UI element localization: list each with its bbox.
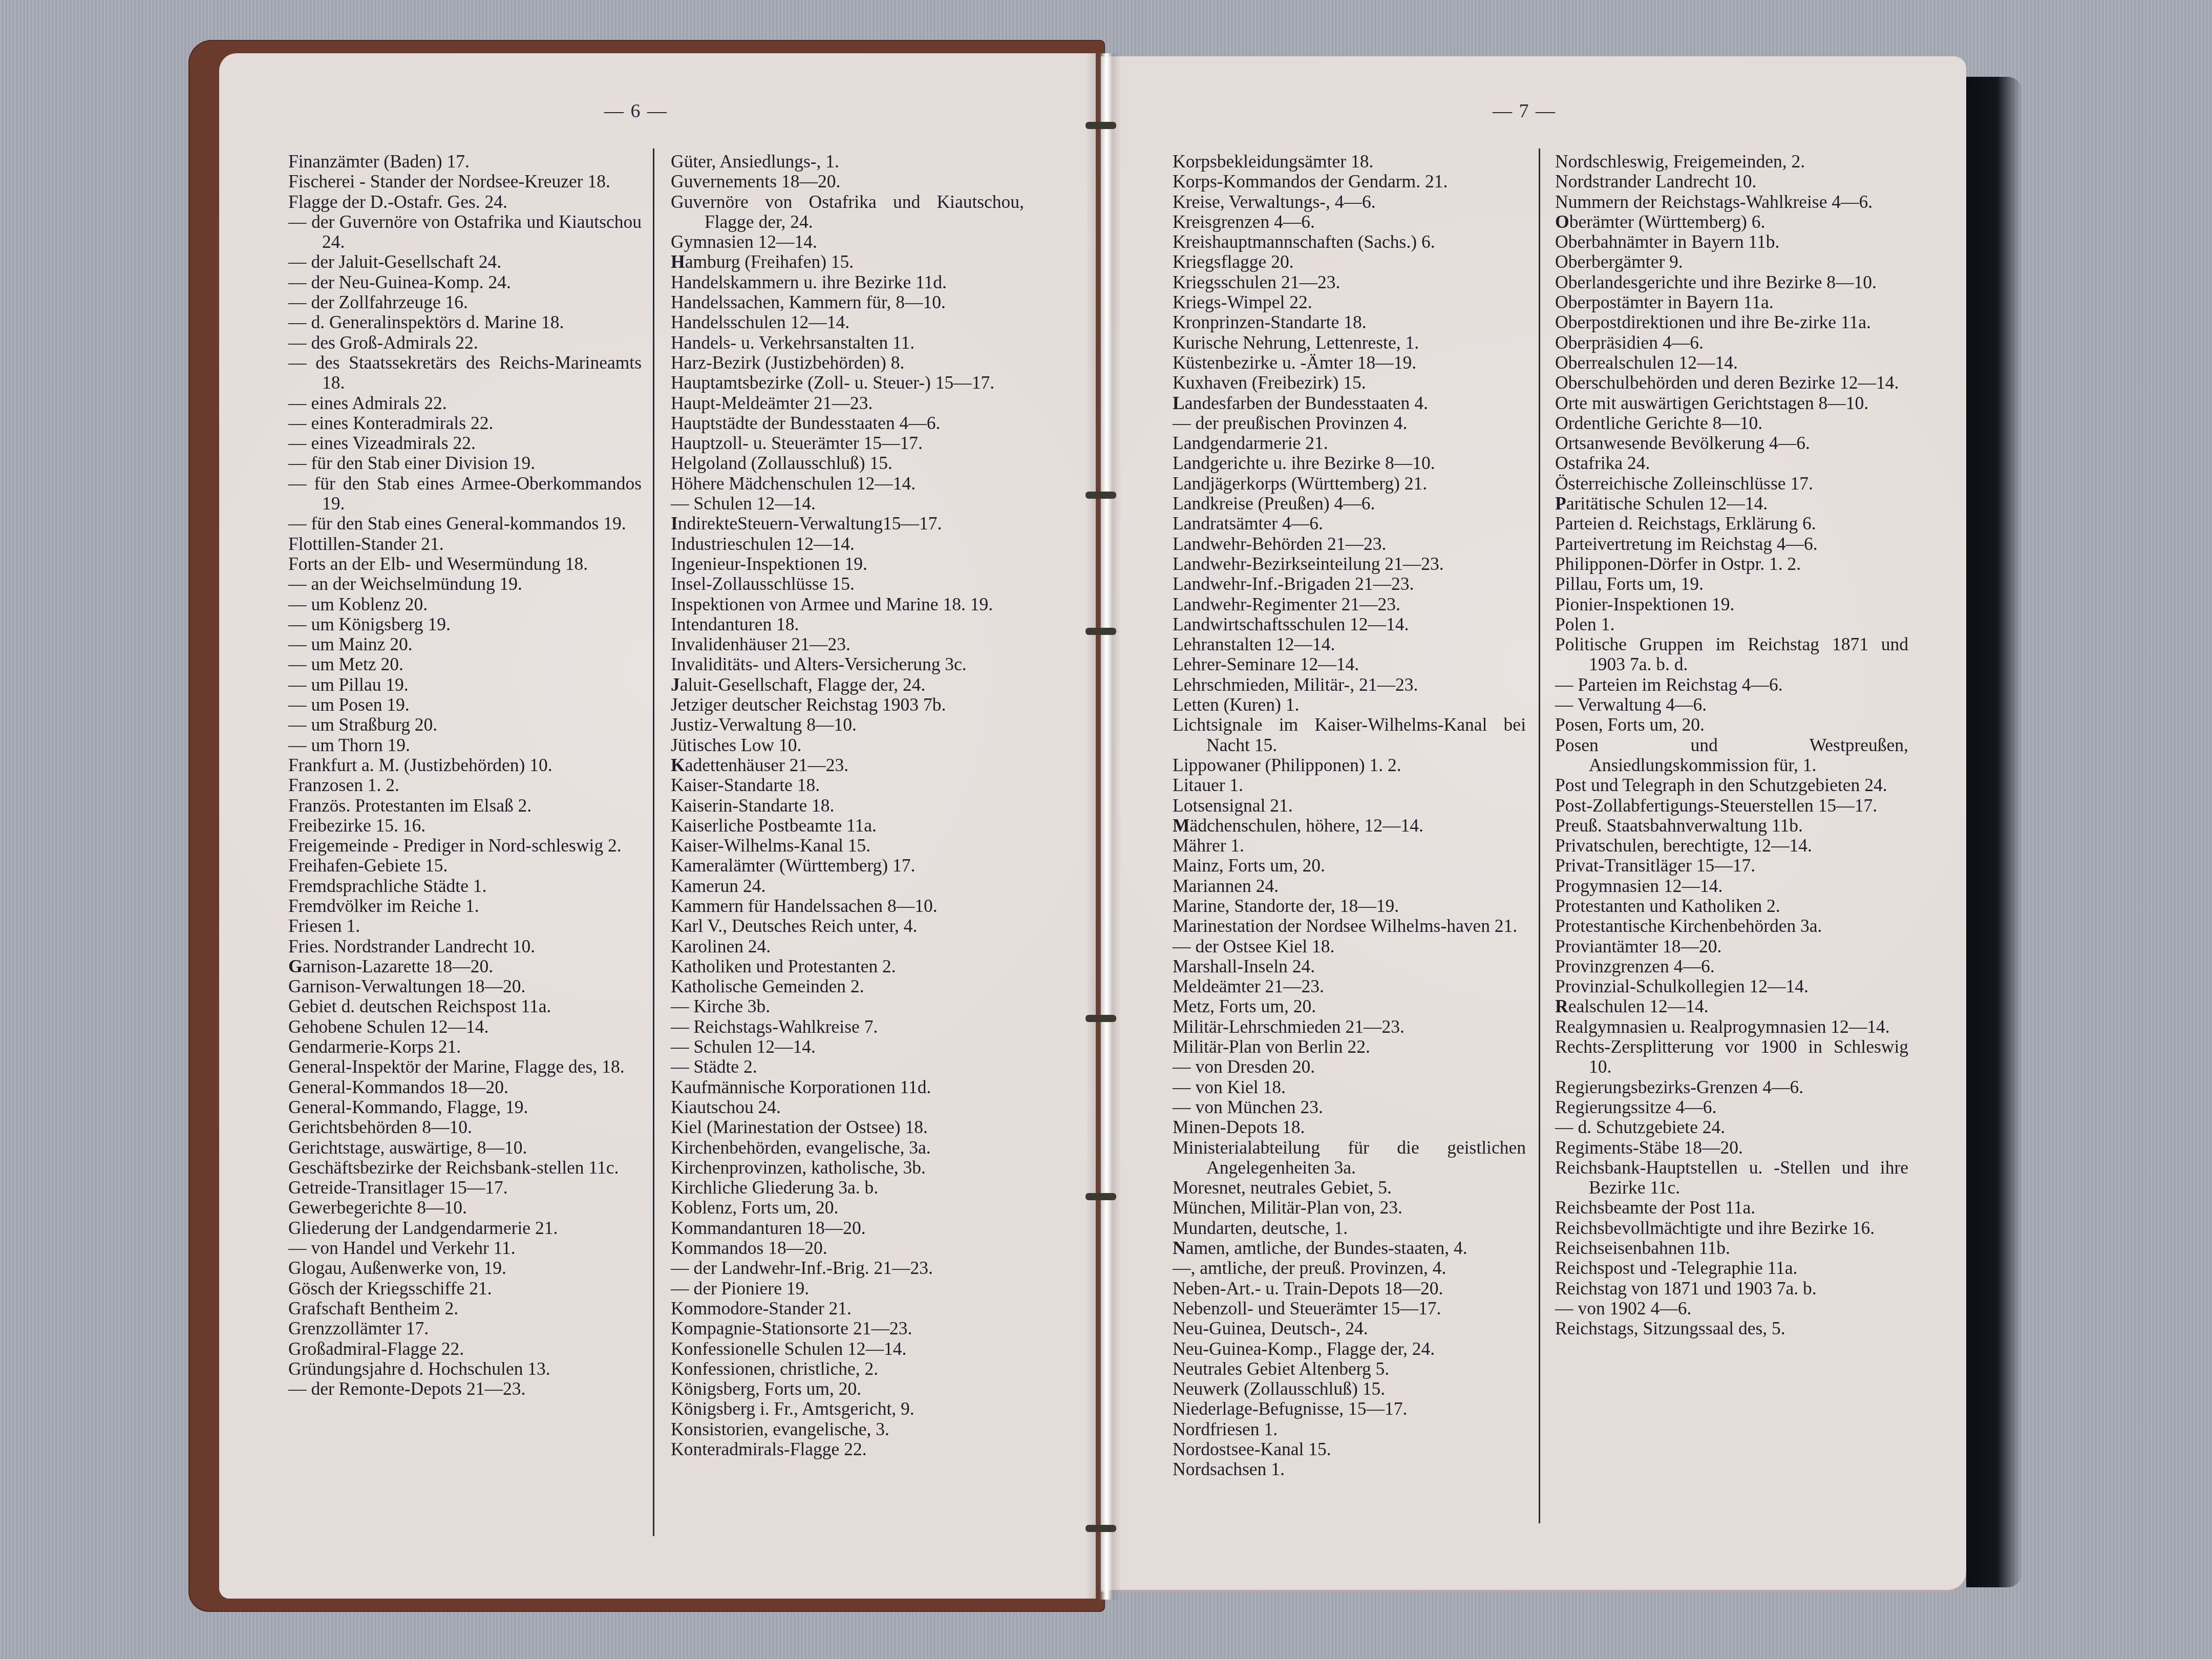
index-entry: — um Pillau 19.: [288, 675, 642, 695]
index-entry: Landgendarmerie 21.: [1173, 433, 1526, 453]
index-entry: Nordschleswig, Freigemeinden, 2.: [1555, 152, 1908, 172]
index-entry: Neutrales Gebiet Altenberg 5.: [1173, 1359, 1526, 1379]
index-entry: Minen-Depots 18.: [1173, 1117, 1526, 1137]
index-entry: Freibezirke 15. 16.: [288, 816, 642, 836]
index-entry: — d. Generalinspektörs d. Marine 18.: [288, 312, 642, 332]
index-entry: Lehrer-Seminare 12—14.: [1173, 654, 1526, 674]
index-entry: Landwehr-Behörden 21—23.: [1173, 534, 1526, 554]
index-entry: — von Kiel 18.: [1173, 1077, 1526, 1097]
index-entry: Mundarten, deutsche, 1.: [1173, 1218, 1526, 1238]
index-entry: Kaiser-Wilhelms-Kanal 15.: [671, 836, 1024, 856]
index-entry: Kadettenhäuser 21—23.: [671, 755, 1024, 775]
index-entry: Mährer 1.: [1173, 836, 1526, 856]
index-entry: Konfessionen, christliche, 2.: [671, 1359, 1024, 1379]
binding-stitch: [1086, 1193, 1116, 1200]
index-column-4: Nordschleswig, Freigemeinden, 2.Nordstra…: [1555, 152, 1908, 1339]
index-entry: Oberschulbehörden und deren Bezirke 12—1…: [1555, 373, 1908, 393]
index-entry: — der Zollfahrzeuge 16.: [288, 292, 642, 312]
index-entry: Progymnasien 12—14.: [1555, 876, 1908, 896]
index-entry: General-Kommando, Flagge, 19.: [288, 1097, 642, 1117]
index-entry: Getreide-Transitlager 15—17.: [288, 1178, 642, 1198]
index-entry: Garnison-Verwaltungen 18—20.: [288, 976, 642, 996]
index-entry: — um Metz 20.: [288, 654, 642, 674]
index-entry: Handelsschulen 12—14.: [671, 312, 1024, 332]
index-entry: Metz, Forts um, 20.: [1173, 996, 1526, 1016]
index-entry: Mariannen 24.: [1173, 876, 1526, 896]
index-entry: Kamerun 24.: [671, 876, 1024, 896]
index-entry: Realschulen 12—14.: [1555, 996, 1908, 1016]
index-entry: Garnison-Lazarette 18—20.: [288, 956, 642, 976]
index-entry: Forts an der Elb- und Wesermündung 18.: [288, 554, 642, 574]
index-entry: Pillau, Forts um, 19.: [1555, 574, 1908, 594]
index-entry: Ministerialabteilung für die geistlichen…: [1173, 1138, 1526, 1178]
index-entry: Kriegsflagge 20.: [1173, 252, 1526, 272]
page-edge-shadow: [1966, 77, 2023, 1587]
index-entry: — des Staatssekretärs des Reichs-Marinea…: [288, 353, 642, 393]
index-entry: — von 1902 4—6.: [1555, 1299, 1908, 1318]
index-entry: Haupt-Meldeämter 21—23.: [671, 393, 1024, 413]
index-entry: Landjägerkorps (Württemberg) 21.: [1173, 474, 1526, 494]
index-entry: Gymnasien 12—14.: [671, 232, 1024, 252]
index-entry: Oberrealschulen 12—14.: [1555, 353, 1908, 373]
index-entry: Landwirtschaftsschulen 12—14.: [1173, 614, 1526, 634]
index-entry: Nummern der Reichstags-Wahlkreise 4—6.: [1555, 192, 1908, 212]
index-entry: — von München 23.: [1173, 1097, 1526, 1117]
index-entry: — um Mainz 20.: [288, 634, 642, 654]
index-entry: Lichtsignale im Kaiser-Wilhelms-Kanal be…: [1173, 715, 1526, 755]
index-entry: Hauptstädte der Bundesstaaten 4—6.: [671, 413, 1024, 433]
index-entry: Glogau, Außenwerke von, 19.: [288, 1258, 642, 1278]
index-entry: Reichsbank-Hauptstellen u. -Stellen und …: [1555, 1158, 1908, 1198]
index-entry: Jaluit-Gesellschaft, Flagge der, 24.: [671, 675, 1024, 695]
index-entry: — Kirche 3b.: [671, 996, 1024, 1016]
index-entry: Kirchenbehörden, evangelische, 3a.: [671, 1138, 1024, 1158]
index-entry: Fremdsprachliche Städte 1.: [288, 876, 642, 896]
index-entry: Harz-Bezirk (Justizbehörden) 8.: [671, 353, 1024, 373]
index-entry: Konsistorien, evangelische, 3.: [671, 1419, 1024, 1439]
index-entry: Hamburg (Freihafen) 15.: [671, 252, 1024, 272]
index-entry: — eines Admirals 22.: [288, 393, 642, 413]
index-entry: Provinzgrenzen 4—6.: [1555, 956, 1908, 976]
index-entry: Reichsbevollmächtigte und ihre Bezirke 1…: [1555, 1218, 1908, 1238]
index-entry: Jütisches Low 10.: [671, 735, 1024, 755]
index-entry: Militär-Lehrschmieden 21—23.: [1173, 1017, 1526, 1037]
index-entry: — um Koblenz 20.: [288, 594, 642, 614]
index-entry: Koblenz, Forts um, 20.: [671, 1198, 1024, 1218]
index-entry: Korpsbekleidungsämter 18.: [1173, 152, 1526, 172]
index-entry: Oberpostdirektionen und ihre Be-zirke 11…: [1555, 312, 1908, 332]
index-entry: — der Neu-Guinea-Komp. 24.: [288, 272, 642, 292]
binding-stitch: [1086, 1015, 1116, 1022]
index-entry: — für den Stab eines Armee-Oberkommandos…: [288, 474, 642, 514]
index-entry: Gewerbegerichte 8—10.: [288, 1198, 642, 1218]
index-entry: Kreishauptmannschaften (Sachs.) 6.: [1173, 232, 1526, 252]
index-entry: Regiments-Stäbe 18—20.: [1555, 1138, 1908, 1158]
index-entry: — Verwaltung 4—6.: [1555, 695, 1908, 715]
column-divider: [653, 148, 654, 1536]
index-entry: — um Thorn 19.: [288, 735, 642, 755]
index-entry: Grafschaft Bentheim 2.: [288, 1299, 642, 1318]
index-entry: Französ. Protestanten im Elsaß 2.: [288, 796, 642, 816]
index-entry: Proviantämter 18—20.: [1555, 937, 1908, 956]
index-entry: Nordstrander Landrecht 10.: [1555, 172, 1908, 192]
index-entry: Kiautschou 24.: [671, 1097, 1024, 1117]
index-entry: — Schulen 12—14.: [671, 494, 1024, 514]
index-entry: Neu-Guinea, Deutsch-, 24.: [1173, 1318, 1526, 1338]
index-entry: Kurische Nehrung, Lettenreste, 1.: [1173, 333, 1526, 353]
index-entry: Kiel (Marinestation der Ostsee) 18.: [671, 1117, 1024, 1137]
index-entry: Post-Zollabfertigungs-Steuerstellen 15—1…: [1555, 796, 1908, 816]
index-entry: Kuxhaven (Freibezirk) 15.: [1173, 373, 1526, 393]
binding-stitch: [1086, 628, 1116, 635]
index-entry: Güter, Ansiedlungs-, 1.: [671, 152, 1024, 172]
binding-stitch: [1086, 492, 1116, 499]
index-entry: Industrieschulen 12—14.: [671, 534, 1024, 554]
index-entry: Helgoland (Zollausschluß) 15.: [671, 453, 1024, 473]
index-entry: — des Groß-Admirals 22.: [288, 333, 642, 353]
index-entry: Kronprinzen-Standarte 18.: [1173, 312, 1526, 332]
index-entry: Marshall-Inseln 24.: [1173, 956, 1526, 976]
index-entry: Lehrschmieden, Militär-, 21—23.: [1173, 675, 1526, 695]
index-entry: Kompagnie-Stationsorte 21—23.: [671, 1318, 1024, 1338]
index-entry: Neu-Guinea-Komp., Flagge der, 24.: [1173, 1339, 1526, 1359]
index-entry: Invalidenhäuser 21—23.: [671, 634, 1024, 654]
index-entry: Küstenbezirke u. -Ämter 18—19.: [1173, 353, 1526, 373]
index-entry: Mädchenschulen, höhere, 12—14.: [1173, 816, 1526, 836]
index-entry: Justiz-Verwaltung 8—10.: [671, 715, 1024, 735]
index-entry: Post und Telegraph in den Schutzgebieten…: [1555, 775, 1908, 795]
index-entry: Lehranstalten 12—14.: [1173, 634, 1526, 654]
index-entry: Fries. Nordstrander Landrecht 10.: [288, 937, 642, 956]
index-entry: — für den Stab eines General-kommandos 1…: [288, 514, 642, 534]
index-entry: Höhere Mädchenschulen 12—14.: [671, 474, 1024, 494]
index-entry: Neben-Art.- u. Train-Depots 18—20.: [1173, 1279, 1526, 1299]
index-entry: Landesfarben der Bundesstaaten 4.: [1173, 393, 1526, 413]
index-entry: Handelssachen, Kammern für, 8—10.: [671, 292, 1024, 312]
index-entry: Lippowaner (Philipponen) 1. 2.: [1173, 755, 1526, 775]
index-entry: Parteivertretung im Reichstag 4—6.: [1555, 534, 1908, 554]
index-entry: Gerichtsbehörden 8—10.: [288, 1117, 642, 1137]
index-entry: Pionier-Inspektionen 19.: [1555, 594, 1908, 614]
index-entry: Gerichtstage, auswärtige, 8—10.: [288, 1138, 642, 1158]
index-entry: — der Remonte-Depots 21—23.: [288, 1379, 642, 1399]
index-entry: Kommodore-Stander 21.: [671, 1299, 1024, 1318]
index-entry: Ingenieur-Inspektionen 19.: [671, 554, 1024, 574]
index-entry: Protestanten und Katholiken 2.: [1555, 896, 1908, 916]
index-entry: — eines Konteradmirals 22.: [288, 413, 642, 433]
index-entry: — Schulen 12—14.: [671, 1037, 1024, 1057]
index-entry: Königsberg, Forts um, 20.: [671, 1379, 1024, 1399]
index-entry: Finanzämter (Baden) 17.: [288, 152, 642, 172]
index-entry: Fischerei - Stander der Nordsee-Kreuzer …: [288, 172, 642, 192]
index-entry: Intendanturen 18.: [671, 614, 1024, 634]
index-entry: Karolinen 24.: [671, 937, 1024, 956]
index-entry: — der Ostsee Kiel 18.: [1173, 937, 1526, 956]
index-entry: Oberpräsidien 4—6.: [1555, 333, 1908, 353]
index-entry: Posen und Westpreußen, Ansiedlungskommis…: [1555, 735, 1908, 776]
index-entry: Kaiser-Standarte 18.: [671, 775, 1024, 795]
index-entry: — für den Stab einer Division 19.: [288, 453, 642, 473]
index-entry: — um Straßburg 20.: [288, 715, 642, 735]
index-entry: Fremdvölker im Reiche 1.: [288, 896, 642, 916]
index-entry: Handels- u. Verkehrsanstalten 11.: [671, 333, 1024, 353]
index-entry: Insel-Zollausschlüsse 15.: [671, 574, 1024, 594]
index-entry: Gliederung der Landgendarmerie 21.: [288, 1218, 642, 1238]
index-entry: — um Königsberg 19.: [288, 614, 642, 634]
index-entry: — der Jaluit-Gesellschaft 24.: [288, 252, 642, 272]
index-entry: Flagge der D.-Ostafr. Ges. 24.: [288, 192, 642, 212]
index-entry: Oberpostämter in Bayern 11a.: [1555, 292, 1908, 312]
binding-stitch: [1086, 1525, 1116, 1532]
index-entry: Korps-Kommandos der Gendarm. 21.: [1173, 172, 1526, 192]
index-entry: Oberämter (Württemberg) 6.: [1555, 212, 1908, 232]
index-entry: Ordentliche Gerichte 8—10.: [1555, 413, 1908, 433]
index-entry: Flottillen-Stander 21.: [288, 534, 642, 554]
index-entry: Geschäftsbezirke der Reichsbank-stellen …: [288, 1158, 642, 1178]
index-entry: Guvernöre von Ostafrika und Kiautschou, …: [671, 192, 1024, 232]
index-entry: — eines Vizeadmirals 22.: [288, 433, 642, 453]
index-entry: Katholiken und Protestanten 2.: [671, 956, 1024, 976]
index-entry: — Städte 2.: [671, 1057, 1024, 1077]
index-entry: Oberbergämter 9.: [1555, 252, 1908, 272]
index-entry: Nordostsee-Kanal 15.: [1173, 1439, 1526, 1459]
index-entry: Militär-Plan von Berlin 22.: [1173, 1037, 1526, 1057]
index-entry: Kriegs-Wimpel 22.: [1173, 292, 1526, 312]
index-entry: — von Handel und Verkehr 11.: [288, 1238, 642, 1258]
book-gutter: [1086, 53, 1121, 1600]
index-entry: Frankfurt a. M. (Justizbehörden) 10.: [288, 755, 642, 775]
index-entry: Politische Gruppen im Reichstag 1871 und…: [1555, 634, 1908, 675]
index-entry: Kirchliche Gliederung 3a. b.: [671, 1178, 1024, 1198]
index-entry: Konfessionelle Schulen 12—14.: [671, 1339, 1024, 1359]
index-entry: Ortsanwesende Bevölkerung 4—6.: [1555, 433, 1908, 453]
index-entry: Regierungssitze 4—6.: [1555, 1097, 1908, 1117]
index-entry: Kriegsschulen 21—23.: [1173, 272, 1526, 292]
index-entry: — an der Weichselmündung 19.: [288, 574, 642, 594]
index-entry: — von Dresden 20.: [1173, 1057, 1526, 1077]
index-entry: Kammern für Handelssachen 8—10.: [671, 896, 1024, 916]
page-number-left: — 6 —: [604, 100, 668, 122]
index-entry: — Parteien im Reichstag 4—6.: [1555, 675, 1908, 695]
index-entry: Landgerichte u. ihre Bezirke 8—10.: [1173, 453, 1526, 473]
index-entry: Handelskammern u. ihre Bezirke 11d.: [671, 272, 1024, 292]
index-entry: Katholische Gemeinden 2.: [671, 976, 1024, 996]
index-entry: Kaufmännische Korporationen 11d.: [671, 1077, 1024, 1097]
index-entry: Lotsensignal 21.: [1173, 796, 1526, 816]
index-entry: Österreichische Zolleinschlüsse 17.: [1555, 474, 1908, 494]
index-entry: Kaiserliche Postbeamte 11a.: [671, 816, 1024, 836]
index-entry: Litauer 1.: [1173, 775, 1526, 795]
index-entry: Realgymnasien u. Realprogymnasien 12—14.: [1555, 1017, 1908, 1037]
index-entry: — der Landwehr-Inf.-Brig. 21—23.: [671, 1258, 1024, 1278]
index-entry: Reichsbeamte der Post 11a.: [1555, 1198, 1908, 1218]
index-entry: Marinestation der Nordsee Wilhelms-haven…: [1173, 916, 1526, 936]
index-entry: Königsberg i. Fr., Amtsgericht, 9.: [671, 1399, 1024, 1419]
index-entry: — um Posen 19.: [288, 695, 642, 715]
index-entry: Landratsämter 4—6.: [1173, 514, 1526, 534]
index-entry: Kameralämter (Württemberg) 17.: [671, 856, 1024, 876]
index-entry: Neuwerk (Zollausschluß) 15.: [1173, 1379, 1526, 1399]
index-entry: München, Militär-Plan von, 23.: [1173, 1198, 1526, 1218]
index-entry: Konteradmirals-Flagge 22.: [671, 1439, 1024, 1459]
index-entry: Franzosen 1. 2.: [288, 775, 642, 795]
index-entry: Kommandos 18—20.: [671, 1238, 1024, 1258]
page-number-right: — 7 —: [1493, 100, 1556, 122]
index-entry: Privat-Transitläger 15—17.: [1555, 856, 1908, 876]
index-entry: Moresnet, neutrales Gebiet, 5.: [1173, 1178, 1526, 1198]
index-entry: Niederlage-Befugnisse, 15—17.: [1173, 1399, 1526, 1419]
index-entry: Mainz, Forts um, 20.: [1173, 856, 1526, 876]
index-entry: Preuß. Staatsbahnverwaltung 11b.: [1555, 816, 1908, 836]
index-entry: Freigemeinde - Prediger in Nord-schleswi…: [288, 836, 642, 856]
index-entry: Karl V., Deutsches Reich unter, 4.: [671, 916, 1024, 936]
index-entry: Hauptamtsbezirke (Zoll- u. Steuer-) 15—1…: [671, 373, 1024, 393]
index-entry: Kirchenprovinzen, katholische, 3b.: [671, 1158, 1024, 1178]
index-entry: Orte mit auswärtigen Gerichtstagen 8—10.: [1555, 393, 1908, 413]
index-entry: — d. Schutzgebiete 24.: [1555, 1117, 1908, 1137]
index-entry: Invaliditäts- und Alters-Versicherung 3c…: [671, 654, 1024, 674]
index-column-1: Finanzämter (Baden) 17.Fischerei - Stand…: [288, 152, 642, 1399]
index-entry: Guvernements 18—20.: [671, 172, 1024, 192]
index-entry: — der Pioniere 19.: [671, 1279, 1024, 1299]
index-entry: Regierungsbezirks-Grenzen 4—6.: [1555, 1077, 1908, 1097]
index-entry: Landwehr-Regimenter 21—23.: [1173, 594, 1526, 614]
index-entry: Reichstag von 1871 und 1903 7a. b.: [1555, 1279, 1908, 1299]
index-entry: General-Kommandos 18—20.: [288, 1077, 642, 1097]
index-entry: Ostafrika 24.: [1555, 453, 1908, 473]
index-entry: Landkreise (Preußen) 4—6.: [1173, 494, 1526, 514]
column-divider: [1539, 148, 1540, 1523]
index-entry: Letten (Kuren) 1.: [1173, 695, 1526, 715]
index-entry: Rechts-Zersplitterung vor 1900 in Schles…: [1555, 1037, 1908, 1077]
index-entry: Nordsachsen 1.: [1173, 1459, 1526, 1479]
index-entry: Inspektionen von Armee und Marine 18. 19…: [671, 594, 1024, 614]
index-entry: Gebiet d. deutschen Reichspost 11a.: [288, 996, 642, 1016]
binding-stitch: [1086, 122, 1116, 129]
index-entry: Paritätische Schulen 12—14.: [1555, 494, 1908, 514]
index-entry: Reichspost und -Telegraphie 11a.: [1555, 1258, 1908, 1278]
index-entry: Grenzzollämter 17.: [288, 1318, 642, 1338]
index-entry: Gendarmerie-Korps 21.: [288, 1037, 642, 1057]
index-entry: Oberlandesgerichte und ihre Bezirke 8—10…: [1555, 272, 1908, 292]
index-entry: Meldeämter 21—23.: [1173, 976, 1526, 996]
index-entry: Oberbahnämter in Bayern 11b.: [1555, 232, 1908, 252]
index-entry: Jetziger deutscher Reichstag 1903 7b.: [671, 695, 1024, 715]
index-entry: Privatschulen, berechtigte, 12—14.: [1555, 836, 1908, 856]
index-entry: Hauptzoll- u. Steuerämter 15—17.: [671, 433, 1024, 453]
index-entry: Gründungsjahre d. Hochschulen 13.: [288, 1359, 642, 1379]
index-entry: Posen, Forts um, 20.: [1555, 715, 1908, 735]
index-entry: Freihafen-Gebiete 15.: [288, 856, 642, 876]
index-entry: Friesen 1.: [288, 916, 642, 936]
index-column-3: Korpsbekleidungsämter 18.Korps-Kommandos…: [1173, 152, 1526, 1480]
index-entry: Marine, Standorte der, 18—19.: [1173, 896, 1526, 916]
index-entry: Reichseisenbahnen 11b.: [1555, 1238, 1908, 1258]
index-entry: Protestantische Kirchenbehörden 3a.: [1555, 916, 1908, 936]
index-entry: Kommandanturen 18—20.: [671, 1218, 1024, 1238]
index-entry: Nordfriesen 1.: [1173, 1419, 1526, 1439]
index-entry: Parteien d. Reichstags, Erklärung 6.: [1555, 514, 1908, 534]
index-entry: IndirekteSteuern-Verwaltung15—17.: [671, 514, 1024, 534]
index-entry: — der preußischen Provinzen 4.: [1173, 413, 1526, 433]
index-entry: —, amtliche, der preuß. Provinzen, 4.: [1173, 1258, 1526, 1278]
index-entry: Nebenzoll- und Steuerämter 15—17.: [1173, 1299, 1526, 1318]
index-entry: Reichstags, Sitzungssaal des, 5.: [1555, 1318, 1908, 1338]
index-entry: Landwehr-Inf.-Brigaden 21—23.: [1173, 574, 1526, 594]
index-entry: Philipponen-Dörfer in Ostpr. 1. 2.: [1555, 554, 1908, 574]
index-entry: Kaiserin-Standarte 18.: [671, 796, 1024, 816]
index-entry: — der Guvernöre von Ostafrika und Kiauts…: [288, 212, 642, 252]
index-entry: Großadmiral-Flagge 22.: [288, 1339, 642, 1359]
index-entry: General-Inspektör der Marine, Flagge des…: [288, 1057, 642, 1077]
index-entry: Landwehr-Bezirkseinteilung 21—23.: [1173, 554, 1526, 574]
index-column-2: Güter, Ansiedlungs-, 1.Guvernements 18—2…: [671, 152, 1024, 1459]
index-entry: Polen 1.: [1555, 614, 1908, 634]
index-entry: Provinzial-Schulkollegien 12—14.: [1555, 976, 1908, 996]
index-entry: Kreise, Verwaltungs-, 4—6.: [1173, 192, 1526, 212]
index-entry: — Reichstags-Wahlkreise 7.: [671, 1017, 1024, 1037]
index-entry: Gösch der Kriegsschiffe 21.: [288, 1279, 642, 1299]
index-entry: Kreisgrenzen 4—6.: [1173, 212, 1526, 232]
index-entry: Gehobene Schulen 12—14.: [288, 1017, 642, 1037]
index-entry: Namen, amtliche, der Bundes-staaten, 4.: [1173, 1238, 1526, 1258]
